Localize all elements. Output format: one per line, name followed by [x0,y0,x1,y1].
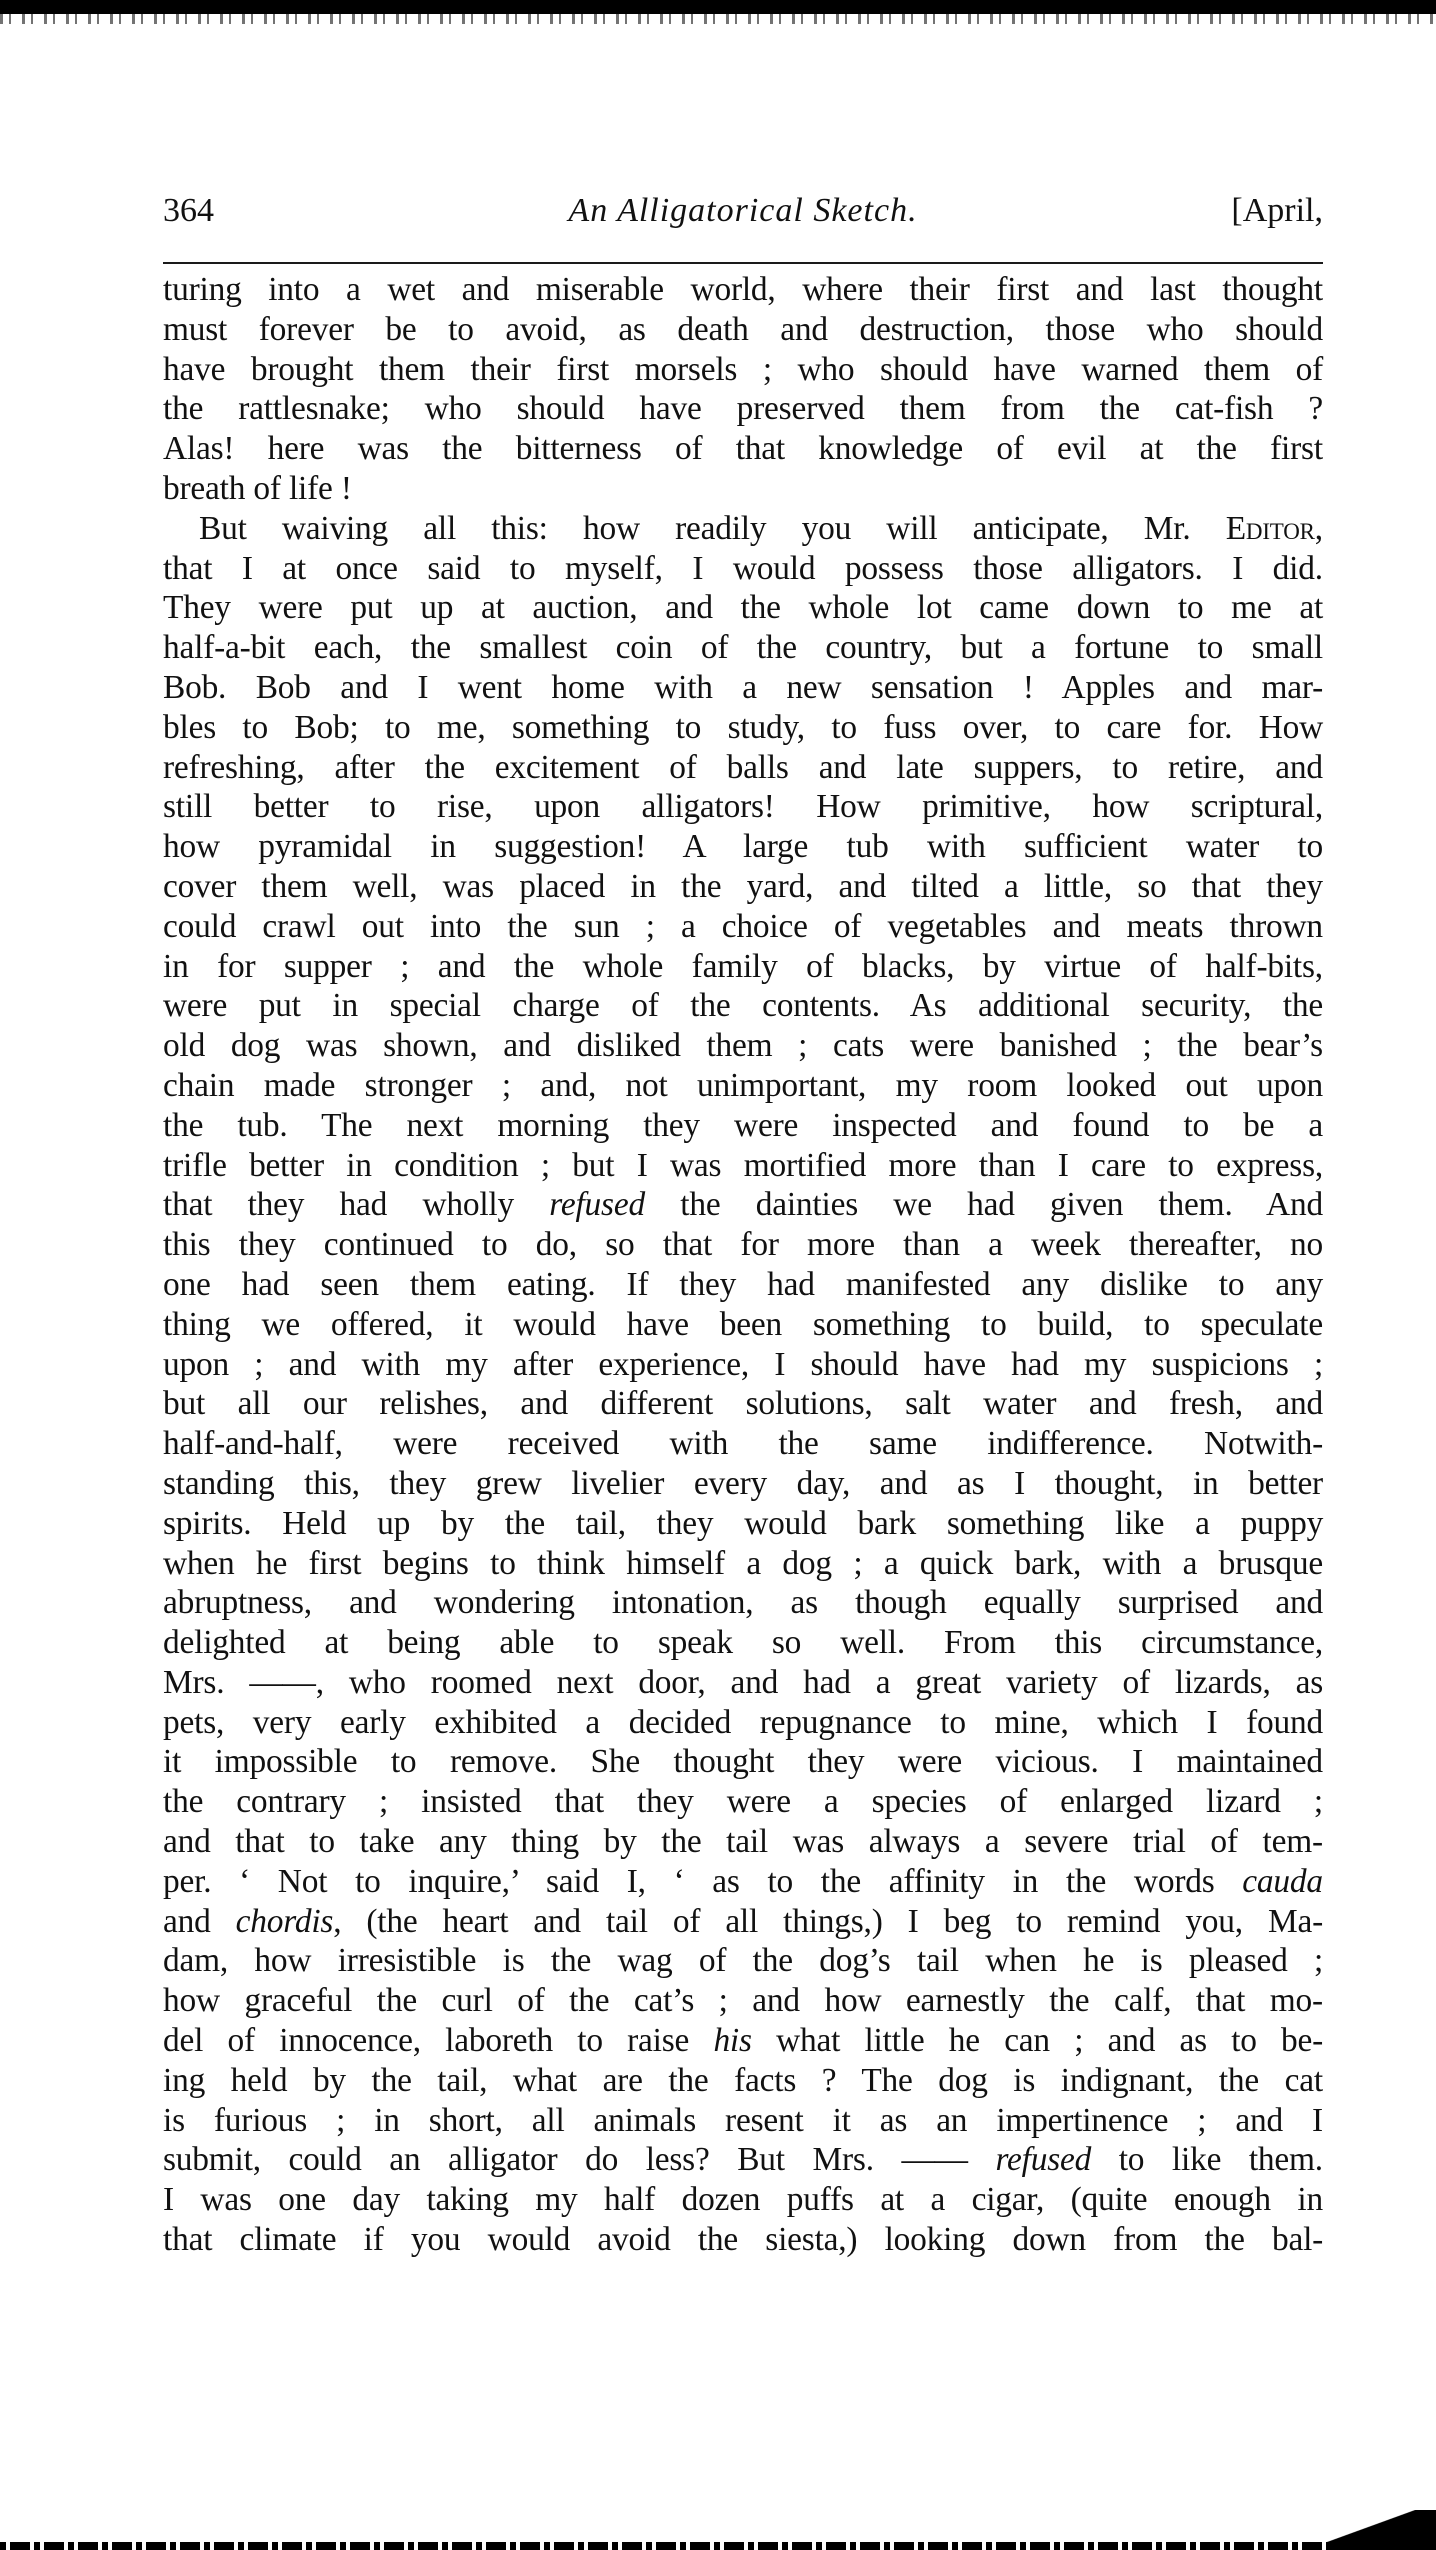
text-line: Alas! here was the bitterness of that kn… [163,429,1323,469]
scan-edge-corner [1326,2510,1436,2550]
running-title: An Alligatorical Sketch. [163,192,1323,230]
text-line: upon ; and with my after experience, I s… [163,1345,1323,1385]
scan-edge-top [0,0,1436,14]
text-line: one had seen them eating. If they had ma… [163,1265,1323,1305]
text-line: when he first begins to think himself a … [163,1544,1323,1584]
text-line: del of innocence, laboreth to raise his … [163,2021,1323,2061]
italic-word: his [713,2022,751,2059]
text-line: dam, how irresistible is the wag of the … [163,1941,1323,1981]
text-line: chain made stronger ; and, not unimporta… [163,1066,1323,1106]
text-line: must forever be to avoid, as death and d… [163,310,1323,350]
text-line: submit, could an alligator do less? But … [163,2140,1323,2180]
article-body: turing into a wet and miserable world, w… [163,270,1323,2260]
text-line: delighted at being able to speak so well… [163,1623,1323,1663]
text-line: turing into a wet and miserable world, w… [163,270,1323,310]
text-line: that climate if you would avoid the sies… [163,2220,1323,2260]
italic-word: cauda [1242,1863,1323,1900]
text-line: and chordis, (the heart and tail of all … [163,1902,1323,1942]
text-line: bles to Bob; to me, something to study, … [163,708,1323,748]
text-line: pets, very early exhibited a decided rep… [163,1703,1323,1743]
text-line: trifle better in condition ; but I was m… [163,1146,1323,1186]
text-line: half-and-half, were received with the sa… [163,1424,1323,1464]
text-line: Bob. Bob and I went home with a new sens… [163,668,1323,708]
text-line: have brought them their first morsels ; … [163,350,1323,390]
text-line: But waiving all this: how readily you wi… [163,509,1323,549]
small-caps-word: Editor [1226,510,1315,547]
text-line: breath of life ! [163,469,1323,509]
text-line: but all our relishes, and different solu… [163,1384,1323,1424]
text-line: Mrs. ——, who roomed next door, and had a… [163,1663,1323,1703]
text-line: were put in special charge of the conten… [163,986,1323,1026]
text-line: could crawl out into the sun ; a choice … [163,907,1323,947]
text-line: still better to rise, upon alligators! H… [163,787,1323,827]
text-line: thing we offered, it would have been som… [163,1305,1323,1345]
text-line: the contrary ; insisted that they were a… [163,1782,1323,1822]
text-line: per. ‘ Not to inquire,’ said I, ‘ as to … [163,1862,1323,1902]
text-line: it impossible to remove. She thought the… [163,1742,1323,1782]
text-line: standing this, they grew livelier every … [163,1464,1323,1504]
text-line: I was one day taking my half dozen puffs… [163,2180,1323,2220]
italic-word: refused [995,2141,1091,2178]
text-line: that I at once said to myself, I would p… [163,549,1323,589]
text-line: They were put up at auction, and the who… [163,588,1323,628]
text-line: and that to take any thing by the tail w… [163,1822,1323,1862]
text-line: cover them well, was placed in the yard,… [163,867,1323,907]
text-line: in for supper ; and the whole family of … [163,947,1323,987]
issue-month: [April, [1231,192,1323,230]
book-page: 364 An Alligatorical Sketch. [April, tur… [163,186,1323,2260]
text-line: the tub. The next morning they were insp… [163,1106,1323,1146]
italic-word: chordis [236,1903,334,1940]
header-rule [163,262,1323,264]
paragraph: turing into a wet and miserable world, w… [163,270,1323,509]
text-line: ing held by the tail, what are the facts… [163,2061,1323,2101]
running-head: 364 An Alligatorical Sketch. [April, [163,186,1323,246]
text-line: spirits. Held up by the tail, they would… [163,1504,1323,1544]
italic-word: refused [549,1186,645,1223]
text-line: how graceful the curl of the cat’s ; and… [163,1981,1323,2021]
text-line: half-a-bit each, the smallest coin of th… [163,628,1323,668]
text-line: old dog was shown, and disliked them ; c… [163,1026,1323,1066]
paragraph: But waiving all this: how readily you wi… [163,509,1323,2260]
text-line: the rattlesnake; who should have preserv… [163,389,1323,429]
text-line: is furious ; in short, all animals resen… [163,2101,1323,2141]
text-line: refreshing, after the excitement of ball… [163,748,1323,788]
scan-edge-bottom [0,2542,1436,2550]
text-line: how pyramidal in suggestion! A large tub… [163,827,1323,867]
text-line: abruptness, and wondering intonation, as… [163,1583,1323,1623]
text-line: this they continued to do, so that for m… [163,1225,1323,1265]
text-line: that they had wholly refused the daintie… [163,1185,1323,1225]
